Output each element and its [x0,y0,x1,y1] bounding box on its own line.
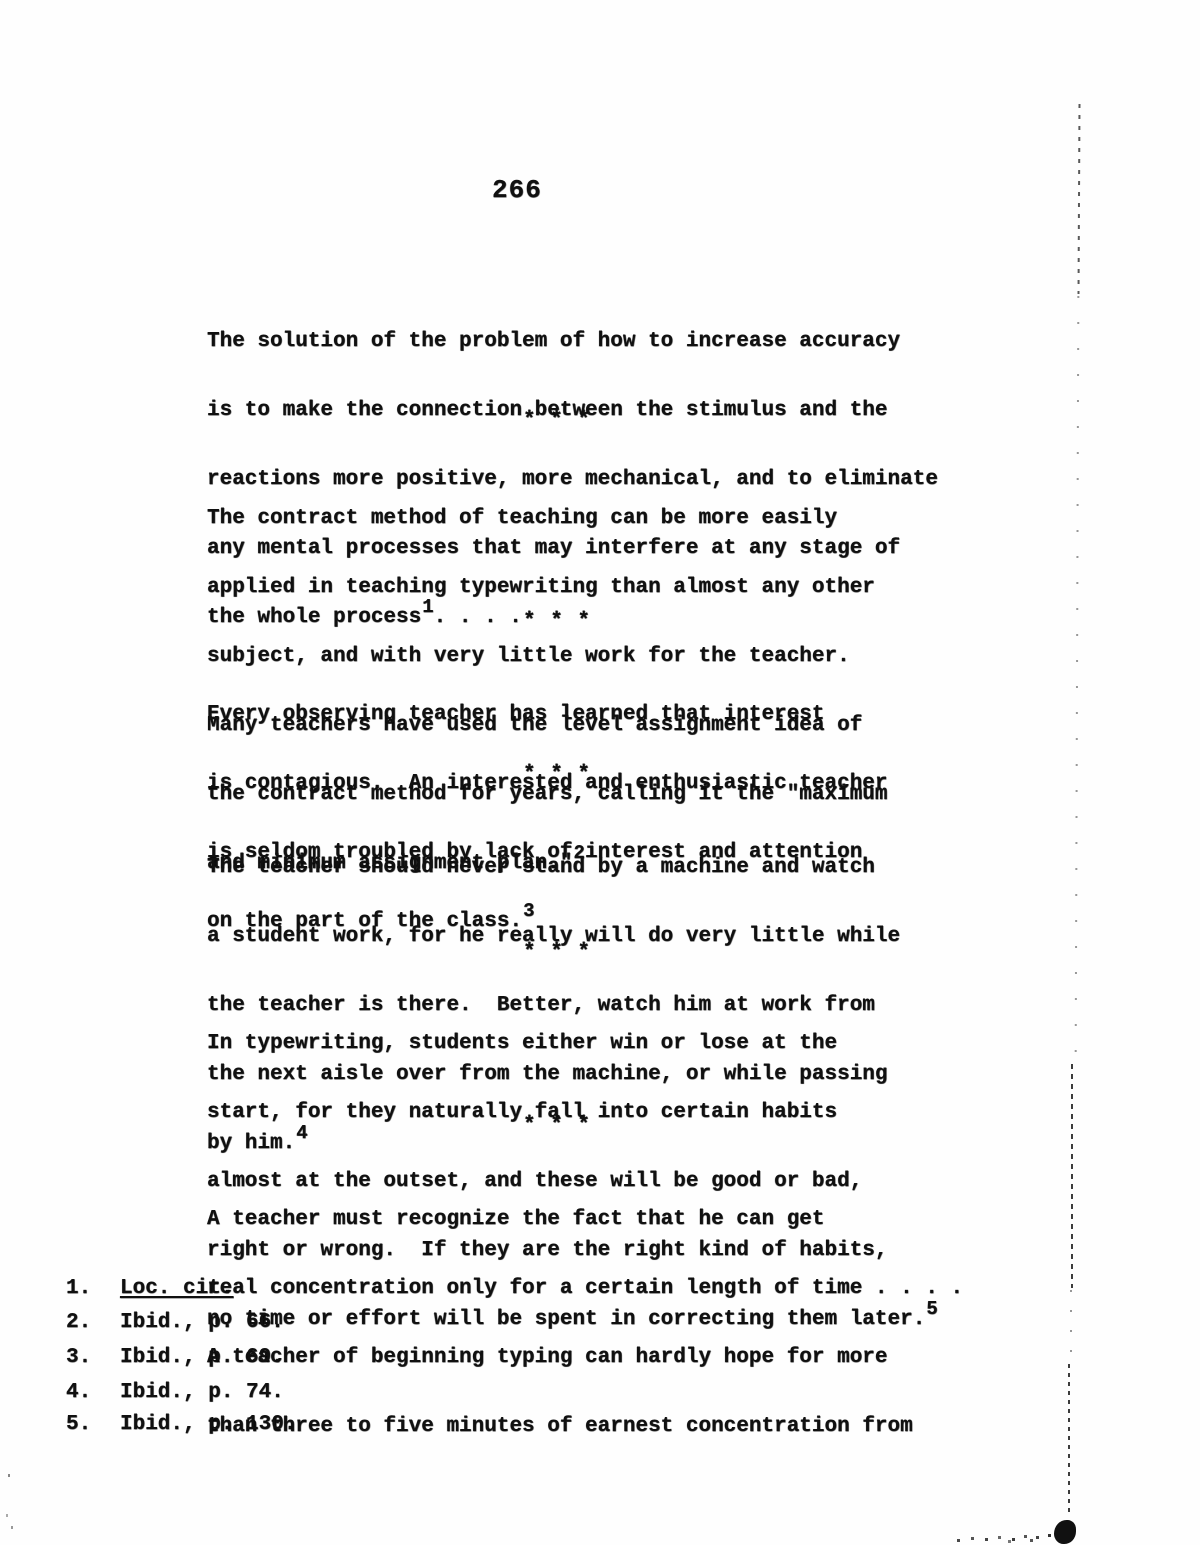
scan-smudge [1054,1520,1076,1544]
section-divider: * * * [207,409,907,432]
quote-line: A teacher of beginning typing can hardly… [207,1346,963,1369]
footnote-text: Ibid., p. 130. [120,1413,296,1436]
quote-line: The contract method of teaching can be m… [207,507,888,530]
page-number: 266 [492,179,542,202]
scan-edge-line [1078,104,1081,294]
quote-line: applied in teaching typewriting than alm… [207,576,888,599]
section-divider: * * * [207,1114,907,1137]
scan-edge-line [1070,1290,1072,1362]
footnote-item-3: 3.Ibid., p. 69. [66,1346,284,1369]
footnote-item-5: 5.Ibid., p. 130. [66,1413,296,1436]
footnote-text: Ibid., p. 66. [120,1311,284,1334]
footnote-number: 2. [66,1311,120,1334]
quote-line: A teacher must recognize the fact that h… [207,1208,963,1231]
quote-block-6: A teacher must recognize the fact that h… [207,1162,963,1484]
footnote-number: 4. [66,1381,120,1404]
scan-edge-line [1068,1364,1070,1514]
scan-edge-line [1071,1064,1073,1288]
footnote-text: Loc. cit. [120,1277,233,1300]
footnote-number: 3. [66,1346,120,1369]
quote-line: The teacher should never stand by a mach… [207,856,900,879]
scan-speckles [8,1474,10,1477]
quote-line: than three to five minutes of earnest co… [207,1415,963,1438]
quote-line: real concentration only for a certain le… [207,1277,963,1300]
quote-line: The solution of the problem of how to in… [207,330,938,353]
scan-speckles [1048,1534,1051,1537]
quote-line: In typewriting, students either win or l… [207,1032,938,1055]
section-divider: * * * [207,941,907,964]
footnote-text: Ibid., p. 69. [120,1346,284,1369]
footnote-number: 5. [66,1413,120,1436]
scan-edge-line [1075,296,1080,1062]
quote-line-text: than three to five minutes of earnest co… [207,1415,913,1438]
scanned-document-page: 266 The solution of the problem of how t… [0,0,1200,1545]
section-divider: * * * [207,763,907,786]
footnote-item-4: 4.Ibid., p. 74. [66,1381,284,1404]
footnote-text: Ibid., p. 74. [120,1381,284,1404]
footnote-number: 1. [66,1277,120,1300]
section-divider: * * * [207,610,907,633]
footnote-item-1: 1.Loc. cit. [66,1277,233,1300]
quote-line: Every observing teacher has learned that… [207,703,888,726]
footnote-item-2: 2.Ibid., p. 66. [66,1311,284,1334]
